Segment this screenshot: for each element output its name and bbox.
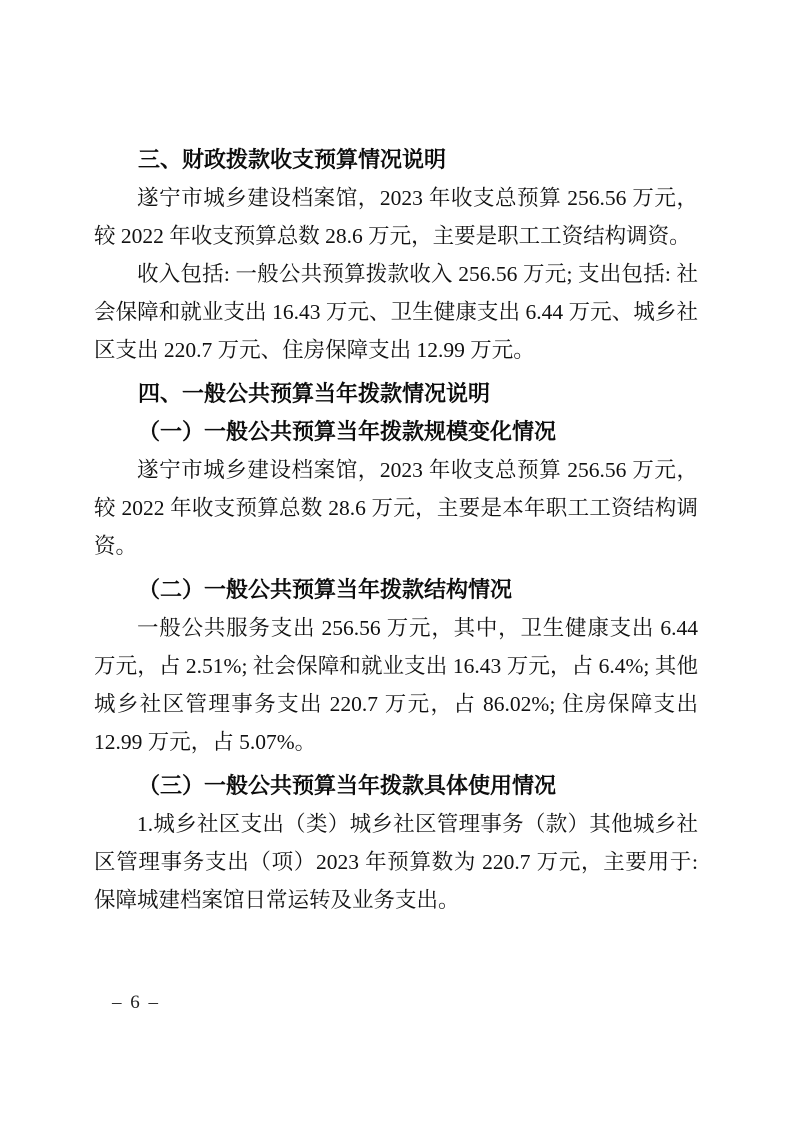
document-page: 三、财政拨款收支预算情况说明 遂宁市城乡建设档案馆，2023 年收支总预算 25… [0, 0, 793, 1122]
page-number: – 6 – [112, 991, 160, 1015]
paragraph-total-budget: 遂宁市城乡建设档案馆，2023 年收支总预算 256.56 万元，较 2022 … [94, 179, 698, 255]
section-heading-general-public-budget: 四、一般公共预算当年拨款情况说明 [94, 375, 698, 413]
subsection-heading-structure: （二）一般公共预算当年拨款结构情况 [94, 571, 698, 609]
paragraph-income-expense-breakdown: 收入包括: 一般公共预算拨款收入 256.56 万元; 支出包括: 社会保障和就… [94, 255, 698, 369]
paragraph-structure-breakdown: 一般公共服务支出 256.56 万元，其中，卫生健康支出 6.44 万元，占 2… [94, 609, 698, 761]
document-content: 三、财政拨款收支预算情况说明 遂宁市城乡建设档案馆，2023 年收支总预算 25… [94, 141, 698, 919]
subsection-heading-specific-usage: （三）一般公共预算当年拨款具体使用情况 [94, 767, 698, 805]
paragraph-scale-change: 遂宁市城乡建设档案馆，2023 年收支总预算 256.56 万元，较 2022 … [94, 451, 698, 565]
section-heading-fiscal-appropriation: 三、财政拨款收支预算情况说明 [94, 141, 698, 179]
subsection-heading-scale-change: （一）一般公共预算当年拨款规模变化情况 [94, 413, 698, 451]
paragraph-specific-usage: 1.城乡社区支出（类）城乡社区管理事务（款）其他城乡社区管理事务支出（项）202… [94, 805, 698, 919]
